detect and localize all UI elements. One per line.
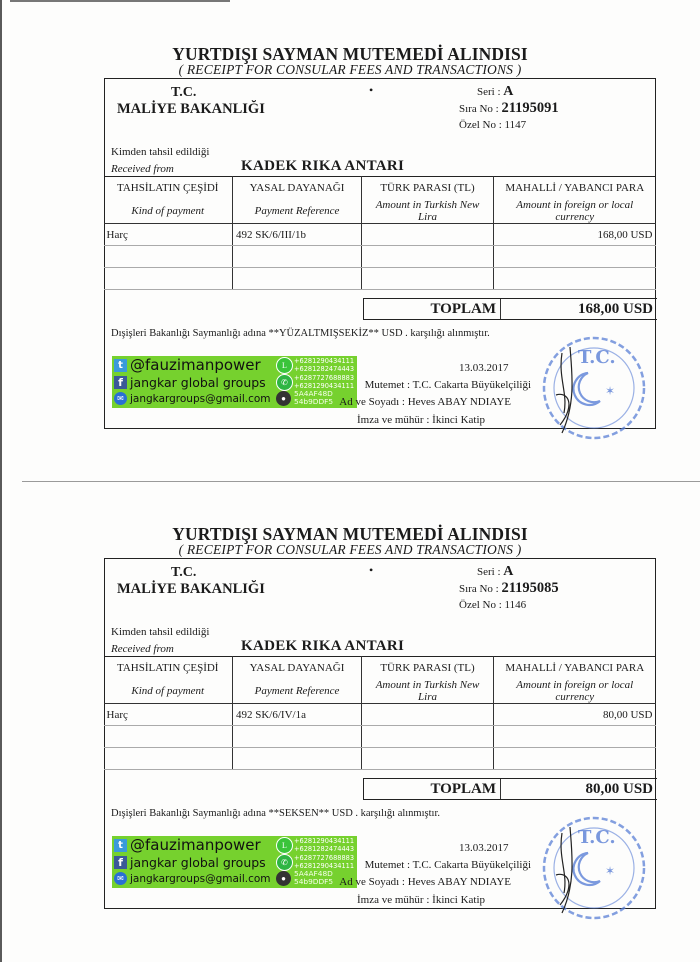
col-header-amount-foreign: MAHALLİ / YABANCI PARA (494, 177, 656, 200)
mutemet-value: T.C. Cakarta Büyükelçiliği (413, 379, 531, 391)
col-header-reference: YASAL DAYANAĞI (233, 177, 362, 200)
table-row: Harç 492 SK/6/III/1b 168,00 USD (104, 224, 656, 246)
watermark-banner: t @fauzimanpower f jangkar global groups… (112, 836, 357, 888)
col-subheader-reference: Payment Reference (233, 199, 362, 224)
cell-amount-tl (362, 704, 494, 726)
total-label: TOPLAM (364, 779, 501, 799)
official-name-label: Ad ve Soyadı : (339, 876, 407, 888)
cell-amount-foreign (494, 726, 656, 748)
twitter-icon: t (114, 359, 127, 372)
col-subheader-reference: Payment Reference (233, 679, 362, 704)
column-headers-tr: TAHSİLATIN ÇEŞİDİ YASAL DAYANAĞI TÜRK PA… (104, 177, 656, 200)
amount-in-words-note: Dışişleri Bakanlığı Saymanlığı adına **S… (111, 808, 440, 819)
banner-twitter: t @fauzimanpower (114, 356, 261, 374)
col-subheader-kind: Kind of payment (104, 679, 233, 704)
cut-line-divider (22, 481, 700, 482)
column-headers-tr: TAHSİLATIN ÇEŞİDİ YASAL DAYANAĞI TÜRK PA… (104, 657, 656, 680)
line-number: +6281282474443 (294, 365, 354, 373)
official-name-field: Ad ve Soyadı : Heves ABAY NDIAYE (339, 396, 511, 408)
serial-number-value: 21195091 (501, 100, 558, 116)
mutemet-label: Mutemet : (365, 859, 413, 871)
mail-icon: ✉ (114, 392, 127, 405)
col-subheader-amount-foreign: Amount in foreign or local currency (494, 199, 656, 224)
table-row (104, 268, 656, 290)
cell-reference: 492 SK/6/IV/1a (233, 704, 362, 726)
table-row (104, 748, 656, 770)
fees-table: TAHSİLATIN ÇEŞİDİ YASAL DAYANAĞI TÜRK PA… (104, 656, 656, 770)
col-subheader-amount-foreign: Amount in foreign or local currency (494, 679, 656, 704)
svg-text:✶: ✶ (605, 384, 615, 398)
column-headers-en: Kind of payment Payment Reference Amount… (104, 679, 656, 704)
signature-field: İmza ve mühür : İkinci Katip (357, 894, 485, 906)
signature-value: İkinci Katip (432, 414, 485, 426)
col-header-amount-tl: TÜRK PARASI (TL) (362, 657, 494, 680)
special-number-value: 1147 (505, 119, 527, 131)
facebook-icon: f (114, 376, 127, 389)
banner-facebook: f jangkar global groups (114, 375, 266, 390)
total-row: TOPLAM 80,00 USD (363, 778, 657, 800)
receipt-date: 13.03.2017 (459, 362, 509, 374)
line-number: +6281290434111 (294, 357, 354, 365)
cell-reference: 492 SK/6/III/1b (233, 224, 362, 246)
cell-reference (233, 246, 362, 268)
series-value: A (503, 564, 513, 579)
amount-in-words-note: Dışişleri Bakanlığı Saymanlığı adına **Y… (111, 328, 490, 339)
twitter-icon: t (114, 839, 127, 852)
mutemet-field: Mutemet : T.C. Cakarta Büyükelçiliği (365, 379, 531, 391)
payer-name: KADEK RIKA ANTARI (241, 638, 404, 655)
email-address: jangkargroups@gmail.com (130, 873, 271, 885)
page-edge (0, 0, 2, 962)
col-subheader-kind: Kind of payment (104, 199, 233, 224)
receipt-form: T.C. MALİYE BAKANLIĞI • Seri : A Sıra No… (104, 78, 656, 429)
series-label: Seri : (477, 566, 503, 578)
official-stamp-icon: T.C. ✶ (532, 813, 647, 923)
series-label: Seri : (477, 86, 503, 98)
serial-number-field: Sıra No : 21195085 (459, 580, 559, 597)
cell-kind: Harç (104, 704, 233, 726)
cell-amount-foreign (494, 268, 656, 290)
table-row: Harç 492 SK/6/IV/1a 80,00 USD (104, 704, 656, 726)
whatsapp-icon: ✆ (276, 854, 293, 871)
cell-kind (104, 726, 233, 748)
cell-amount-foreign: 168,00 USD (494, 224, 656, 246)
cell-kind: Harç (104, 224, 233, 246)
received-from-label-tr: Kimden tahsil edildiği (111, 146, 209, 158)
official-name-label: Ad ve Soyadı : (339, 396, 407, 408)
special-number-field: Özel No : 1146 (459, 599, 526, 611)
col-subheader-amount-tl: Amount in Turkish New Lira (362, 679, 494, 704)
signature-field: İmza ve mühür : İkinci Katip (357, 414, 485, 426)
total-label: TOPLAM (364, 299, 501, 319)
serial-number-field: Sıra No : 21195091 (459, 100, 559, 117)
cell-amount-tl (362, 246, 494, 268)
cell-amount-foreign (494, 246, 656, 268)
facebook-name: jangkar global groups (130, 855, 266, 870)
col-header-amount-tl: TÜRK PARASI (TL) (362, 177, 494, 200)
banner-facebook: f jangkar global groups (114, 855, 266, 870)
total-value: 80,00 USD (501, 779, 657, 799)
line-number: +6281290434111 (294, 837, 354, 845)
receipt-subtitle: ( RECEIPT FOR CONSULAR FEES AND TRANSACT… (0, 62, 700, 78)
mutemet-label: Mutemet : (365, 379, 413, 391)
whatsapp-icon: ✆ (276, 374, 293, 391)
whatsapp-number: +6287727688883 (294, 374, 354, 382)
table-row (104, 246, 656, 268)
special-number-field: Özel No : 1147 (459, 119, 526, 131)
received-from-label-en: Received from (111, 163, 174, 175)
total-value: 168,00 USD (501, 299, 657, 319)
svg-text:T.C.: T.C. (578, 347, 616, 368)
payer-name: KADEK RIKA ANTARI (241, 158, 404, 175)
facebook-name: jangkar global groups (130, 375, 266, 390)
banner-email: ✉ jangkargroups@gmail.com (114, 872, 271, 885)
page-edge (10, 0, 230, 2)
bbm-icon: ● (276, 871, 291, 886)
fees-table: TAHSİLATIN ÇEŞİDİ YASAL DAYANAĞI TÜRK PA… (104, 176, 656, 290)
email-address: jangkargroups@gmail.com (130, 393, 271, 405)
cell-kind (104, 246, 233, 268)
serial-number-label: Sıra No : (459, 103, 501, 115)
messenger-icons: L ✆ ● (274, 836, 294, 888)
official-name-field: Ad ve Soyadı : Heves ABAY NDIAYE (339, 876, 511, 888)
dot-mark: • (369, 83, 373, 98)
cell-kind (104, 748, 233, 770)
series-field: Seri : A (477, 564, 513, 580)
serial-number-value: 21195085 (501, 580, 558, 596)
official-name-value: Heves ABAY NDIAYE (408, 396, 511, 408)
svg-text:T.C.: T.C. (578, 827, 616, 848)
cell-reference (233, 268, 362, 290)
total-row: TOPLAM 168,00 USD (363, 298, 657, 320)
line-icon: L (276, 357, 293, 374)
signature-label: İmza ve mühür : (357, 414, 432, 426)
banner-email: ✉ jangkargroups@gmail.com (114, 392, 271, 405)
signature-label: İmza ve mühür : (357, 894, 432, 906)
cell-kind (104, 268, 233, 290)
column-headers-en: Kind of payment Payment Reference Amount… (104, 199, 656, 224)
col-header-reference: YASAL DAYANAĞI (233, 657, 362, 680)
cell-amount-tl (362, 726, 494, 748)
received-from-label-en: Received from (111, 643, 174, 655)
whatsapp-number: +6287727688883 (294, 854, 354, 862)
twitter-handle: @fauzimanpower (130, 356, 261, 374)
cell-reference (233, 748, 362, 770)
series-field: Seri : A (477, 84, 513, 100)
line-number: +6281282474443 (294, 845, 354, 853)
issuer-country: T.C. (171, 85, 196, 101)
mutemet-value: T.C. Cakarta Büyükelçiliği (413, 859, 531, 871)
cell-amount-tl (362, 748, 494, 770)
special-number-label: Özel No : (459, 599, 505, 611)
signature-value: İkinci Katip (432, 894, 485, 906)
mutemet-field: Mutemet : T.C. Cakarta Büyükelçiliği (365, 859, 531, 871)
cell-amount-tl (362, 224, 494, 246)
line-icon: L (276, 837, 293, 854)
dot-mark: • (369, 563, 373, 578)
received-from-label-tr: Kimden tahsil edildiği (111, 626, 209, 638)
watermark-banner: t @fauzimanpower f jangkar global groups… (112, 356, 357, 408)
issuer-ministry: MALİYE BAKANLIĞI (117, 581, 265, 598)
facebook-icon: f (114, 856, 127, 869)
banner-twitter: t @fauzimanpower (114, 836, 261, 854)
receipt-subtitle: ( RECEIPT FOR CONSULAR FEES AND TRANSACT… (0, 542, 700, 558)
cell-reference (233, 726, 362, 748)
issuer-ministry: MALİYE BAKANLIĞI (117, 101, 265, 118)
col-header-kind: TAHSİLATIN ÇEŞİDİ (104, 177, 233, 200)
special-number-value: 1146 (505, 599, 527, 611)
official-name-value: Heves ABAY NDIAYE (408, 876, 511, 888)
cell-amount-foreign: 80,00 USD (494, 704, 656, 726)
special-number-label: Özel No : (459, 119, 505, 131)
issuer-country: T.C. (171, 565, 196, 581)
serial-number-label: Sıra No : (459, 583, 501, 595)
twitter-handle: @fauzimanpower (130, 836, 261, 854)
cell-amount-tl (362, 268, 494, 290)
svg-text:✶: ✶ (605, 864, 615, 878)
col-header-kind: TAHSİLATIN ÇEŞİDİ (104, 657, 233, 680)
series-value: A (503, 84, 513, 99)
mail-icon: ✉ (114, 872, 127, 885)
cell-amount-foreign (494, 748, 656, 770)
col-subheader-amount-tl: Amount in Turkish New Lira (362, 199, 494, 224)
bbm-icon: ● (276, 391, 291, 406)
receipt-form: T.C. MALİYE BAKANLIĞI • Seri : A Sıra No… (104, 558, 656, 909)
table-row (104, 726, 656, 748)
receipt-date: 13.03.2017 (459, 842, 509, 854)
col-header-amount-foreign: MAHALLİ / YABANCI PARA (494, 657, 656, 680)
messenger-icons: L ✆ ● (274, 356, 294, 408)
official-stamp-icon: T.C. ✶ (532, 333, 647, 443)
